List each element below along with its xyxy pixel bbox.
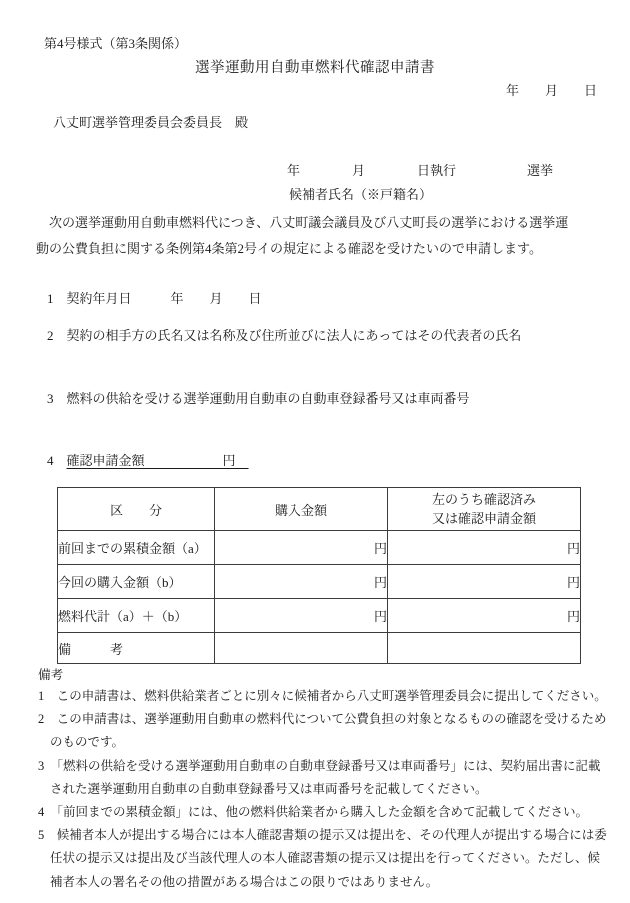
row-label: 燃料代計（a）＋（b） [58, 599, 215, 633]
note-item-1: 1 この申請書は、燃料供給業者ごとに別々に候補者から八丈町選挙管理委員会に提出し… [38, 685, 608, 708]
header-confirmed-amount: 左のうち確認済み 又は確認申請金額 [388, 488, 581, 531]
election-word: 選挙 [527, 160, 553, 179]
remarks-cell [388, 633, 581, 664]
confirmation-amount-blank: 確認申請金額 円 [67, 453, 249, 468]
table-row-previous-total: 前回までの累積金額（a） 円 円 [58, 531, 581, 565]
note-item-5: 5 候補者本人が提出する場合には本人確認書類の提示又は提出を、その代理人が提出す… [38, 824, 608, 894]
note-item-3: 3 「燃料の供給を受ける選挙運動用自動車の自動車登録番号又は車両番号」には、契約… [38, 755, 608, 801]
purchase-amount-cell: 円 [215, 565, 388, 599]
remarks-cell [215, 633, 388, 664]
notes-list: 1 この申請書は、燃料供給業者ごとに別々に候補者から八丈町選挙管理委員会に提出し… [38, 685, 608, 894]
confirmed-amount-cell: 円 [388, 531, 581, 565]
notes-heading: 備考 [38, 664, 63, 683]
application-form-page: 第4号様式（第3条関係） 選挙運動用自動車燃料代確認申請書 年 月 日 八丈町選… [0, 0, 630, 903]
amount-table: 区 分 購入金額 左のうち確認済み 又は確認申請金額 前回までの累積金額（a） … [57, 487, 581, 664]
header-category: 区 分 [58, 488, 215, 531]
addressee-line: 八丈町選挙管理委員会委員長 殿 [53, 112, 248, 131]
header-purchase-amount: 購入金額 [215, 488, 388, 531]
submission-date-line: 年 月 日 [506, 80, 597, 99]
item-contract-date: 1 契約年月日 年 月 日 [47, 288, 262, 307]
purchase-amount-cell: 円 [215, 531, 388, 565]
item-contract-party: 2 契約の相手方の氏名又は名称及び住所並びに法人にあってはその代表者の氏名 [47, 325, 521, 344]
table-header-row: 区 分 購入金額 左のうち確認済み 又は確認申請金額 [58, 488, 581, 531]
item-confirmation-amount-number: 4 [47, 453, 67, 468]
election-execution-date-line: 年 月 日執行 [287, 160, 456, 179]
purchase-amount-cell: 円 [215, 599, 388, 633]
item-vehicle-registration-number: 3 燃料の供給を受ける選挙運動用自動車の自動車登録番号又は車両番号 [47, 388, 470, 407]
table-row-fuel-total: 燃料代計（a）＋（b） 円 円 [58, 599, 581, 633]
table-row-remarks: 備 考 [58, 633, 581, 664]
row-label: 今回の購入金額（b） [58, 565, 215, 599]
document-title: 選挙運動用自動車燃料代確認申請書 [0, 56, 630, 77]
form-number: 第4号様式（第3条関係） [44, 33, 187, 52]
application-statement: 次の選挙運動用自動車燃料代につき、八丈町議会議員及び八丈町長の選挙における選挙運… [36, 210, 581, 261]
note-item-2: 2 この申請書は、選挙運動用自動車の燃料代について公費負担の対象となるものの確認… [38, 708, 608, 754]
confirmed-amount-cell: 円 [388, 599, 581, 633]
candidate-name-label: 候補者氏名（※戸籍名） [289, 184, 432, 203]
note-item-4: 4 「前回までの累積金額」には、他の燃料供給業者から購入した金額を含めて記載して… [38, 801, 608, 824]
table-row-current-purchase: 今回の購入金額（b） 円 円 [58, 565, 581, 599]
item-confirmation-amount: 4 確認申請金額 円 [47, 450, 249, 469]
confirmed-amount-cell: 円 [388, 565, 581, 599]
row-label: 前回までの累積金額（a） [58, 531, 215, 565]
row-label: 備 考 [58, 633, 215, 664]
